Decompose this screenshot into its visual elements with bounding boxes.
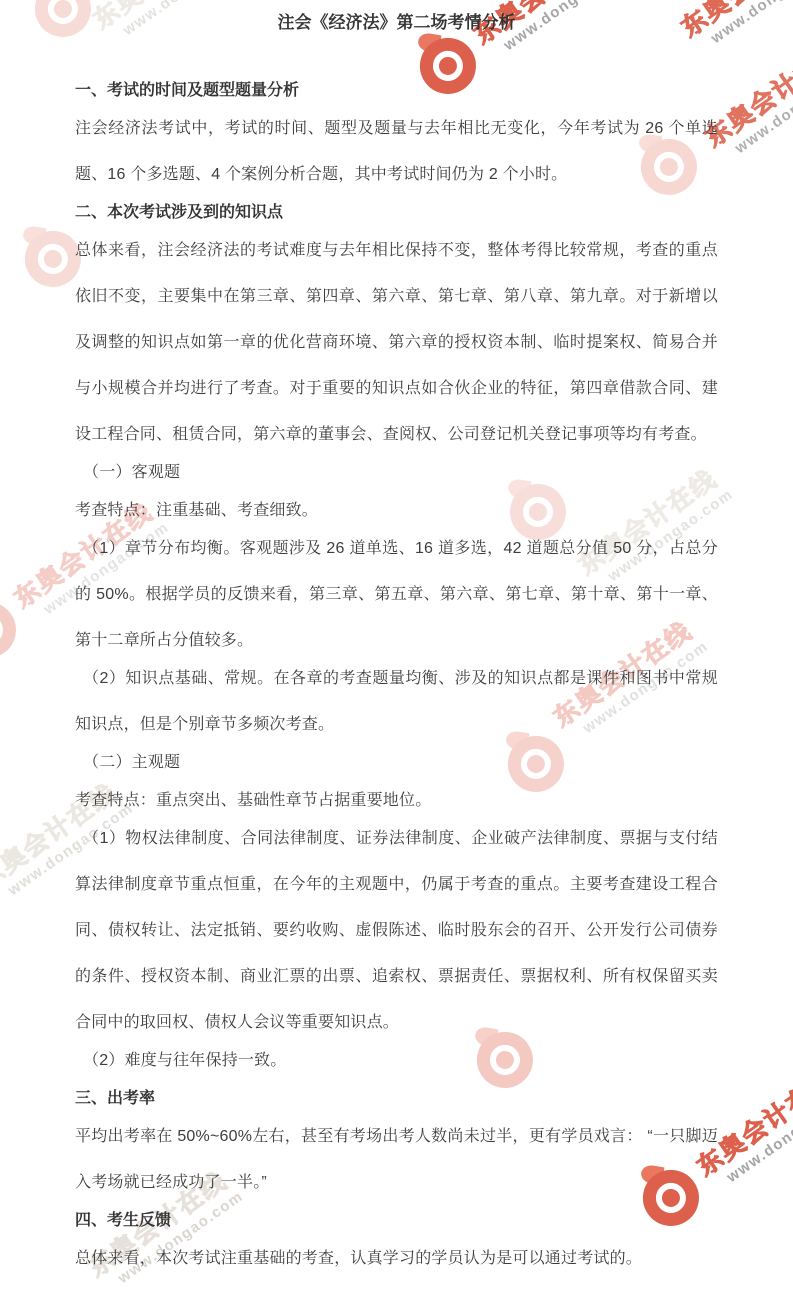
document-body: 注会《经济法》第二场考情分析 一、考试的时间及题型题量分析 注会经济法考试中，考… — [0, 0, 793, 1282]
paragraph: （2）知识点基础、常规。在各章的考查题量均衡、涉及的知识点都是课件和图书中常规知… — [75, 656, 718, 748]
doc-title: 注会《经济法》第二场考情分析 — [75, 0, 718, 46]
paragraph: 总体来看，注会经济法的考试难度与去年相比保持不变，整体考得比较常规，考查的重点依… — [75, 228, 718, 458]
paragraph: 注会经济法考试中，考试的时间、题型及题量与去年相比无变化，今年考试为 26 个单… — [75, 106, 718, 198]
section-candidate-feedback: 四、考生反馈 总体来看，本次考试注重基础的考查，认真学习的学员认为是可以通过考试… — [75, 1198, 718, 1282]
paragraph: （1）物权法律制度、合同法律制度、证券法律制度、企业破产法律制度、票据与支付结算… — [75, 816, 718, 1046]
section-knowledge-points: 二、本次考试涉及到的知识点 总体来看，注会经济法的考试难度与去年相比保持不变，整… — [75, 190, 718, 1084]
section-attendance-rate: 三、出考率 平均出考率在 50%~60%左右，甚至有考场出考人数尚未过半，更有学… — [75, 1076, 718, 1206]
paragraph: 总体来看，本次考试注重基础的考查，认真学习的学员认为是可以通过考试的。 — [75, 1236, 718, 1282]
section-exam-time: 一、考试的时间及题型题量分析 注会经济法考试中，考试的时间、题型及题量与去年相比… — [75, 68, 718, 198]
paragraph: 平均出考率在 50%~60%左右，甚至有考场出考人数尚未过半，更有学员戏言： “… — [75, 1114, 718, 1206]
paragraph: （1）章节分布均衡。客观题涉及 26 道单选、16 道多选，42 道题总分值 5… — [75, 526, 718, 664]
